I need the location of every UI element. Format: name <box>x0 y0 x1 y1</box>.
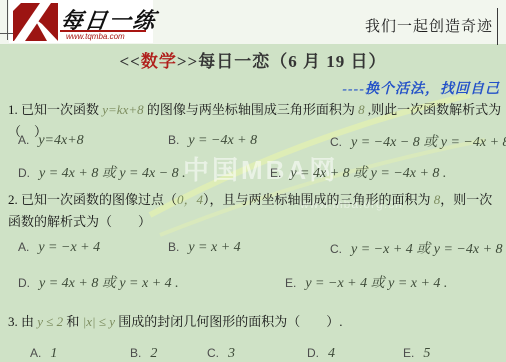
page-title: <<数学>>每日一恋（6 月 19 日） <box>0 47 506 72</box>
worksheet-page: 每日一练 www.tqmba.com 我们一起创造奇迹 中国MBA网 www.m… <box>0 0 506 362</box>
option-label: D. <box>18 276 30 290</box>
option-formula: y = 4x + 8 或 y = −4x + 8 . <box>290 166 446 181</box>
option-value: 4 <box>328 346 335 361</box>
q2-option-b: B.y = x + 4 <box>168 238 241 256</box>
page-header: 每日一练 www.tqmba.com 我们一起创造奇迹 <box>0 0 506 44</box>
title-prefix: << <box>120 52 141 71</box>
option-label: A. <box>30 346 41 360</box>
q3-option-e: E.5 <box>403 344 430 362</box>
option-formula: y = −4x + 8 <box>188 133 257 148</box>
option-formula: y = −4x − 8 或 y = −4x + 8 . <box>351 135 506 150</box>
taiqi-logo-icon <box>13 3 58 41</box>
option-formula: y = 4x + 8 或 y = 4x − 8 . <box>39 166 186 181</box>
option-formula: y = x + 4 <box>188 240 240 255</box>
option-label: B. <box>130 346 141 360</box>
q3-stem-text: 围成的封闭几何图形的面积为（ ）. <box>115 314 343 329</box>
q2-option-c: C.y = −x + 4 或 y = −4x + 8 . <box>330 238 506 258</box>
option-value: 3 <box>228 346 235 361</box>
option-formula: y = −x + 4 或 y = −4x + 8 . <box>351 242 506 257</box>
option-value: 1 <box>50 346 57 361</box>
option-formula: y = 4x + 8 或 y = x + 4 . <box>39 276 179 291</box>
q3-option-c: C.3 <box>207 344 235 362</box>
header-slogan: 我们一起创造奇迹 <box>365 15 493 36</box>
option-label: A. <box>18 240 29 254</box>
q3-stem-math: y ≤ 2 <box>37 314 63 329</box>
q1-option-d: D.y = 4x + 8 或 y = 4x − 8 . <box>18 162 186 182</box>
option-label: A. <box>18 133 29 147</box>
q3-option-a: A.1 <box>30 344 57 362</box>
q3-stem-text: 3. 由 <box>8 314 37 329</box>
q1-option-b: B.y = −4x + 8 <box>168 131 257 149</box>
q3-stem-math: |x| ≤ y <box>83 314 115 329</box>
option-label: E. <box>403 346 414 360</box>
brand-url-text: www.tqmba.com <box>66 32 125 41</box>
q3-option-b: B.2 <box>130 344 157 362</box>
q1-option-e: E.y = 4x + 8 或 y = −4x + 8 . <box>270 162 446 182</box>
option-formula: y = −x + 4 <box>38 240 100 255</box>
left-border-line <box>7 0 8 40</box>
option-label: B. <box>168 240 179 254</box>
title-subject: 数学 <box>141 52 177 71</box>
q1-option-a: A.y=4x+8 <box>18 131 84 149</box>
option-label: D. <box>18 166 30 180</box>
question-3-stem: 3. 由 y ≤ 2 和 |x| ≤ y 围成的封闭几何图形的面积为（ ）. <box>8 311 502 333</box>
q2-stem-math: 0，4 <box>177 192 203 207</box>
q1-stem-text: 1. 已知一次函数 <box>8 102 102 117</box>
q1-stem-math: y=kx+8 <box>102 102 143 117</box>
option-label: C. <box>330 135 342 149</box>
q3-stem-text: 和 <box>63 314 83 329</box>
option-formula: y = −x + 4 或 y = x + 4 . <box>305 276 447 291</box>
option-label: D. <box>307 346 319 360</box>
q1-stem-text: 的图像与两坐标轴围成三角形面积为 <box>144 102 359 117</box>
option-value: 2 <box>150 346 157 361</box>
q2-option-e: E.y = −x + 4 或 y = x + 4 . <box>285 272 447 292</box>
option-formula: y=4x+8 <box>38 133 83 148</box>
q2-option-a: A.y = −x + 4 <box>18 238 100 256</box>
option-label: C. <box>207 346 219 360</box>
right-border-line <box>497 8 498 45</box>
option-label: C. <box>330 242 342 256</box>
q1-option-c: C.y = −4x − 8 或 y = −4x + 8 . <box>330 131 506 151</box>
q2-stem-text: 2. 已知一次函数的图像过点（ <box>8 192 177 207</box>
option-label: E. <box>285 276 296 290</box>
q2-option-d: D.y = 4x + 8 或 y = x + 4 . <box>18 272 179 292</box>
left-border-tick <box>0 33 14 34</box>
q2-stem-text: ），且与两坐标轴围成的三角形的面积为 <box>203 192 434 207</box>
q3-option-d: D.4 <box>307 344 335 362</box>
question-2-stem: 2. 已知一次函数的图像过点（0，4），且与两坐标轴围成的三角形的面积为 8，则… <box>8 189 502 233</box>
title-suffix: >>每日一恋（6 月 19 日） <box>177 52 387 71</box>
option-value: 5 <box>423 346 430 361</box>
handwritten-motto: ----换个活法，找回自己 <box>342 78 500 98</box>
option-label: E. <box>270 166 281 180</box>
option-label: B. <box>168 133 179 147</box>
